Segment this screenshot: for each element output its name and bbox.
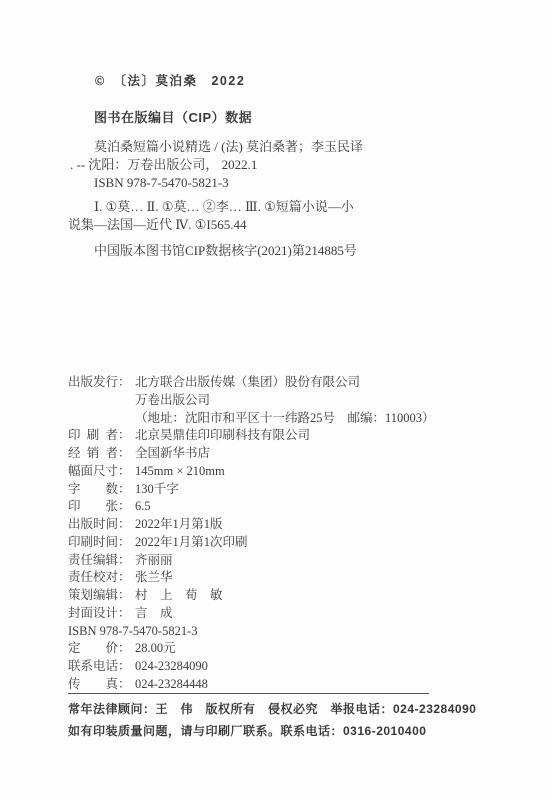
pub-row-colon: ： <box>118 552 132 570</box>
pub-row-value: 言 成 <box>132 605 173 623</box>
pub-row-colon: ： <box>118 427 132 445</box>
pub-row-colon: ： <box>118 658 132 676</box>
pub-row-colon: ： <box>118 640 132 658</box>
pub-row-proofreader: 责任校对：张兰华 <box>68 569 435 587</box>
pub-row-colon: ： <box>118 445 132 463</box>
pub-row-colon <box>118 410 132 428</box>
pub-row-label: 印刷者 <box>68 427 118 445</box>
pub-row-label: 经销者 <box>68 445 118 463</box>
pub-row-sheets: 印张：6.5 <box>68 498 435 516</box>
quality-footer-line: 如有印装质量问题，请与印刷厂联系。联系电话：0316-2010400 <box>68 722 426 739</box>
pub-row-price: 定价：28.00元 <box>68 640 435 658</box>
pub-row-label: 传真 <box>68 676 118 694</box>
pub-row-label: 印张 <box>68 498 118 516</box>
copyright-notice: © 〔法〕莫泊桑 2022 <box>95 71 245 89</box>
pub-row-value: 2022年1月第1次印刷 <box>132 534 248 552</box>
pub-row-pub-date: 出版时间：2022年1月第1版 <box>68 516 435 534</box>
pub-row-label <box>68 392 118 410</box>
pub-row-label <box>68 410 118 428</box>
pub-row-value: 145mm × 210mm <box>132 463 225 481</box>
pub-row-label: 封面设计 <box>68 605 118 623</box>
pub-row-label: 策划编辑 <box>68 587 118 605</box>
pub-row-fax: 传真：024-23284448 <box>68 676 435 694</box>
cip-entry-line: 莫泊桑短篇小说精选 / (法) 莫泊桑著；李玉民译 <box>68 138 363 156</box>
pub-row-trim-size: 幅面尺寸：145mm × 210mm <box>68 463 435 481</box>
pub-row-value: 齐丽丽 <box>132 552 173 570</box>
pub-row-colon: ： <box>118 481 132 499</box>
pub-row-label: 联系电话 <box>68 658 118 676</box>
pub-row-phone: 联系电话：024-23284090 <box>68 658 435 676</box>
pub-row-value: 北方联合出版传媒（集团）股份有限公司 <box>132 374 360 392</box>
pub-row-word-count: 字数：130千字 <box>68 481 435 499</box>
pub-row-label: 出版发行 <box>68 374 118 392</box>
pub-row-value: （地址：沈阳市和平区十一纬路25号 邮编：110003） <box>132 410 435 428</box>
pub-row-value: 130千字 <box>132 481 179 499</box>
pub-row-value: 北京昊鼎佳印印刷科技有限公司 <box>132 427 310 445</box>
pub-row-colon: ： <box>118 463 132 481</box>
book-copyright-page: © 〔法〕莫泊桑 2022 图书在版编目（CIP）数据 莫泊桑短篇小说精选 / … <box>0 0 552 800</box>
pub-row-editor: 责任编辑：齐丽丽 <box>68 552 435 570</box>
pub-row-value: 张兰华 <box>132 569 173 587</box>
pub-row-label: 责任校对 <box>68 569 118 587</box>
pub-row-colon <box>118 392 132 410</box>
pub-row-value: 28.00元 <box>132 640 176 658</box>
pub-row-colon: ： <box>118 587 132 605</box>
pub-row-printer: 印刷者：北京昊鼎佳印印刷科技有限公司 <box>68 427 435 445</box>
cip-entry-line: ISBN 978-7-5470-5821-3 <box>68 174 363 192</box>
pub-row-label: 定价 <box>68 640 118 658</box>
pub-row-colon: ： <box>118 516 132 534</box>
pub-row-colon: ： <box>118 605 132 623</box>
pub-row-colon: ： <box>118 534 132 552</box>
pub-row-address: （地址：沈阳市和平区十一纬路25号 邮编：110003） <box>68 410 435 428</box>
cip-class-line: 说集—法国—近代 Ⅳ. ①I565.44 <box>68 216 354 234</box>
pub-row-publisher-2: 万卷出版公司 <box>68 392 435 410</box>
cip-classification-block: Ⅰ. ①莫… Ⅱ. ①莫… ②李… Ⅲ. ①短篇小说—小 说集—法国—近代 Ⅳ.… <box>68 198 354 233</box>
pub-row-cover-design: 封面设计：言 成 <box>68 605 435 623</box>
pub-row-label: 幅面尺寸 <box>68 463 118 481</box>
pub-row-colon: ： <box>118 498 132 516</box>
publication-info: 出版发行：北方联合出版传媒（集团）股份有限公司 万卷出版公司 （地址：沈阳市和平… <box>68 374 435 694</box>
pub-row-value: ISBN 978-7-5470-5821-3 <box>68 623 198 641</box>
cip-class-line: Ⅰ. ①莫… Ⅱ. ①莫… ②李… Ⅲ. ①短篇小说—小 <box>68 198 354 216</box>
cip-record-number: 中国版本图书馆CIP数据核字(2021)第214885号 <box>94 240 357 259</box>
pub-row-value: 村 上 荀 敏 <box>132 587 223 605</box>
pub-row-value: 2022年1月第1版 <box>132 516 223 534</box>
pub-row-planning-editor: 策划编辑：村 上 荀 敏 <box>68 587 435 605</box>
pub-row-value: 万卷出版公司 <box>132 392 210 410</box>
pub-row-colon: ： <box>118 676 132 694</box>
pub-row-label: 出版时间 <box>68 516 118 534</box>
pub-row-label: 责任编辑 <box>68 552 118 570</box>
pub-row-colon: ： <box>118 569 132 587</box>
divider-rule <box>68 693 429 694</box>
pub-row-label: 字数 <box>68 481 118 499</box>
pub-row-value: 6.5 <box>132 498 151 516</box>
cip-heading: 图书在版编目（CIP）数据 <box>94 107 252 126</box>
pub-row-print-date: 印刷时间：2022年1月第1次印刷 <box>68 534 435 552</box>
pub-row-value: 全国新华书店 <box>132 445 210 463</box>
pub-row-isbn: ISBN 978-7-5470-5821-3 <box>68 623 435 641</box>
pub-row-value: 024-23284448 <box>132 676 208 694</box>
pub-row-value: 024-23284090 <box>132 658 208 676</box>
pub-row-label: 印刷时间 <box>68 534 118 552</box>
pub-row-publisher: 出版发行：北方联合出版传媒（集团）股份有限公司 <box>68 374 435 392</box>
cip-entry-block: 莫泊桑短篇小说精选 / (法) 莫泊桑著；李玉民译 . -- 沈阳：万卷出版公司… <box>68 138 363 192</box>
pub-row-colon: ： <box>118 374 132 392</box>
pub-row-distributor: 经销者：全国新华书店 <box>68 445 435 463</box>
cip-entry-line: . -- 沈阳：万卷出版公司， 2022.1 <box>68 156 363 174</box>
legal-footer-line: 常年法律顾问：王 伟 版权所有 侵权必究 举报电话：024-23284090 <box>68 700 476 717</box>
